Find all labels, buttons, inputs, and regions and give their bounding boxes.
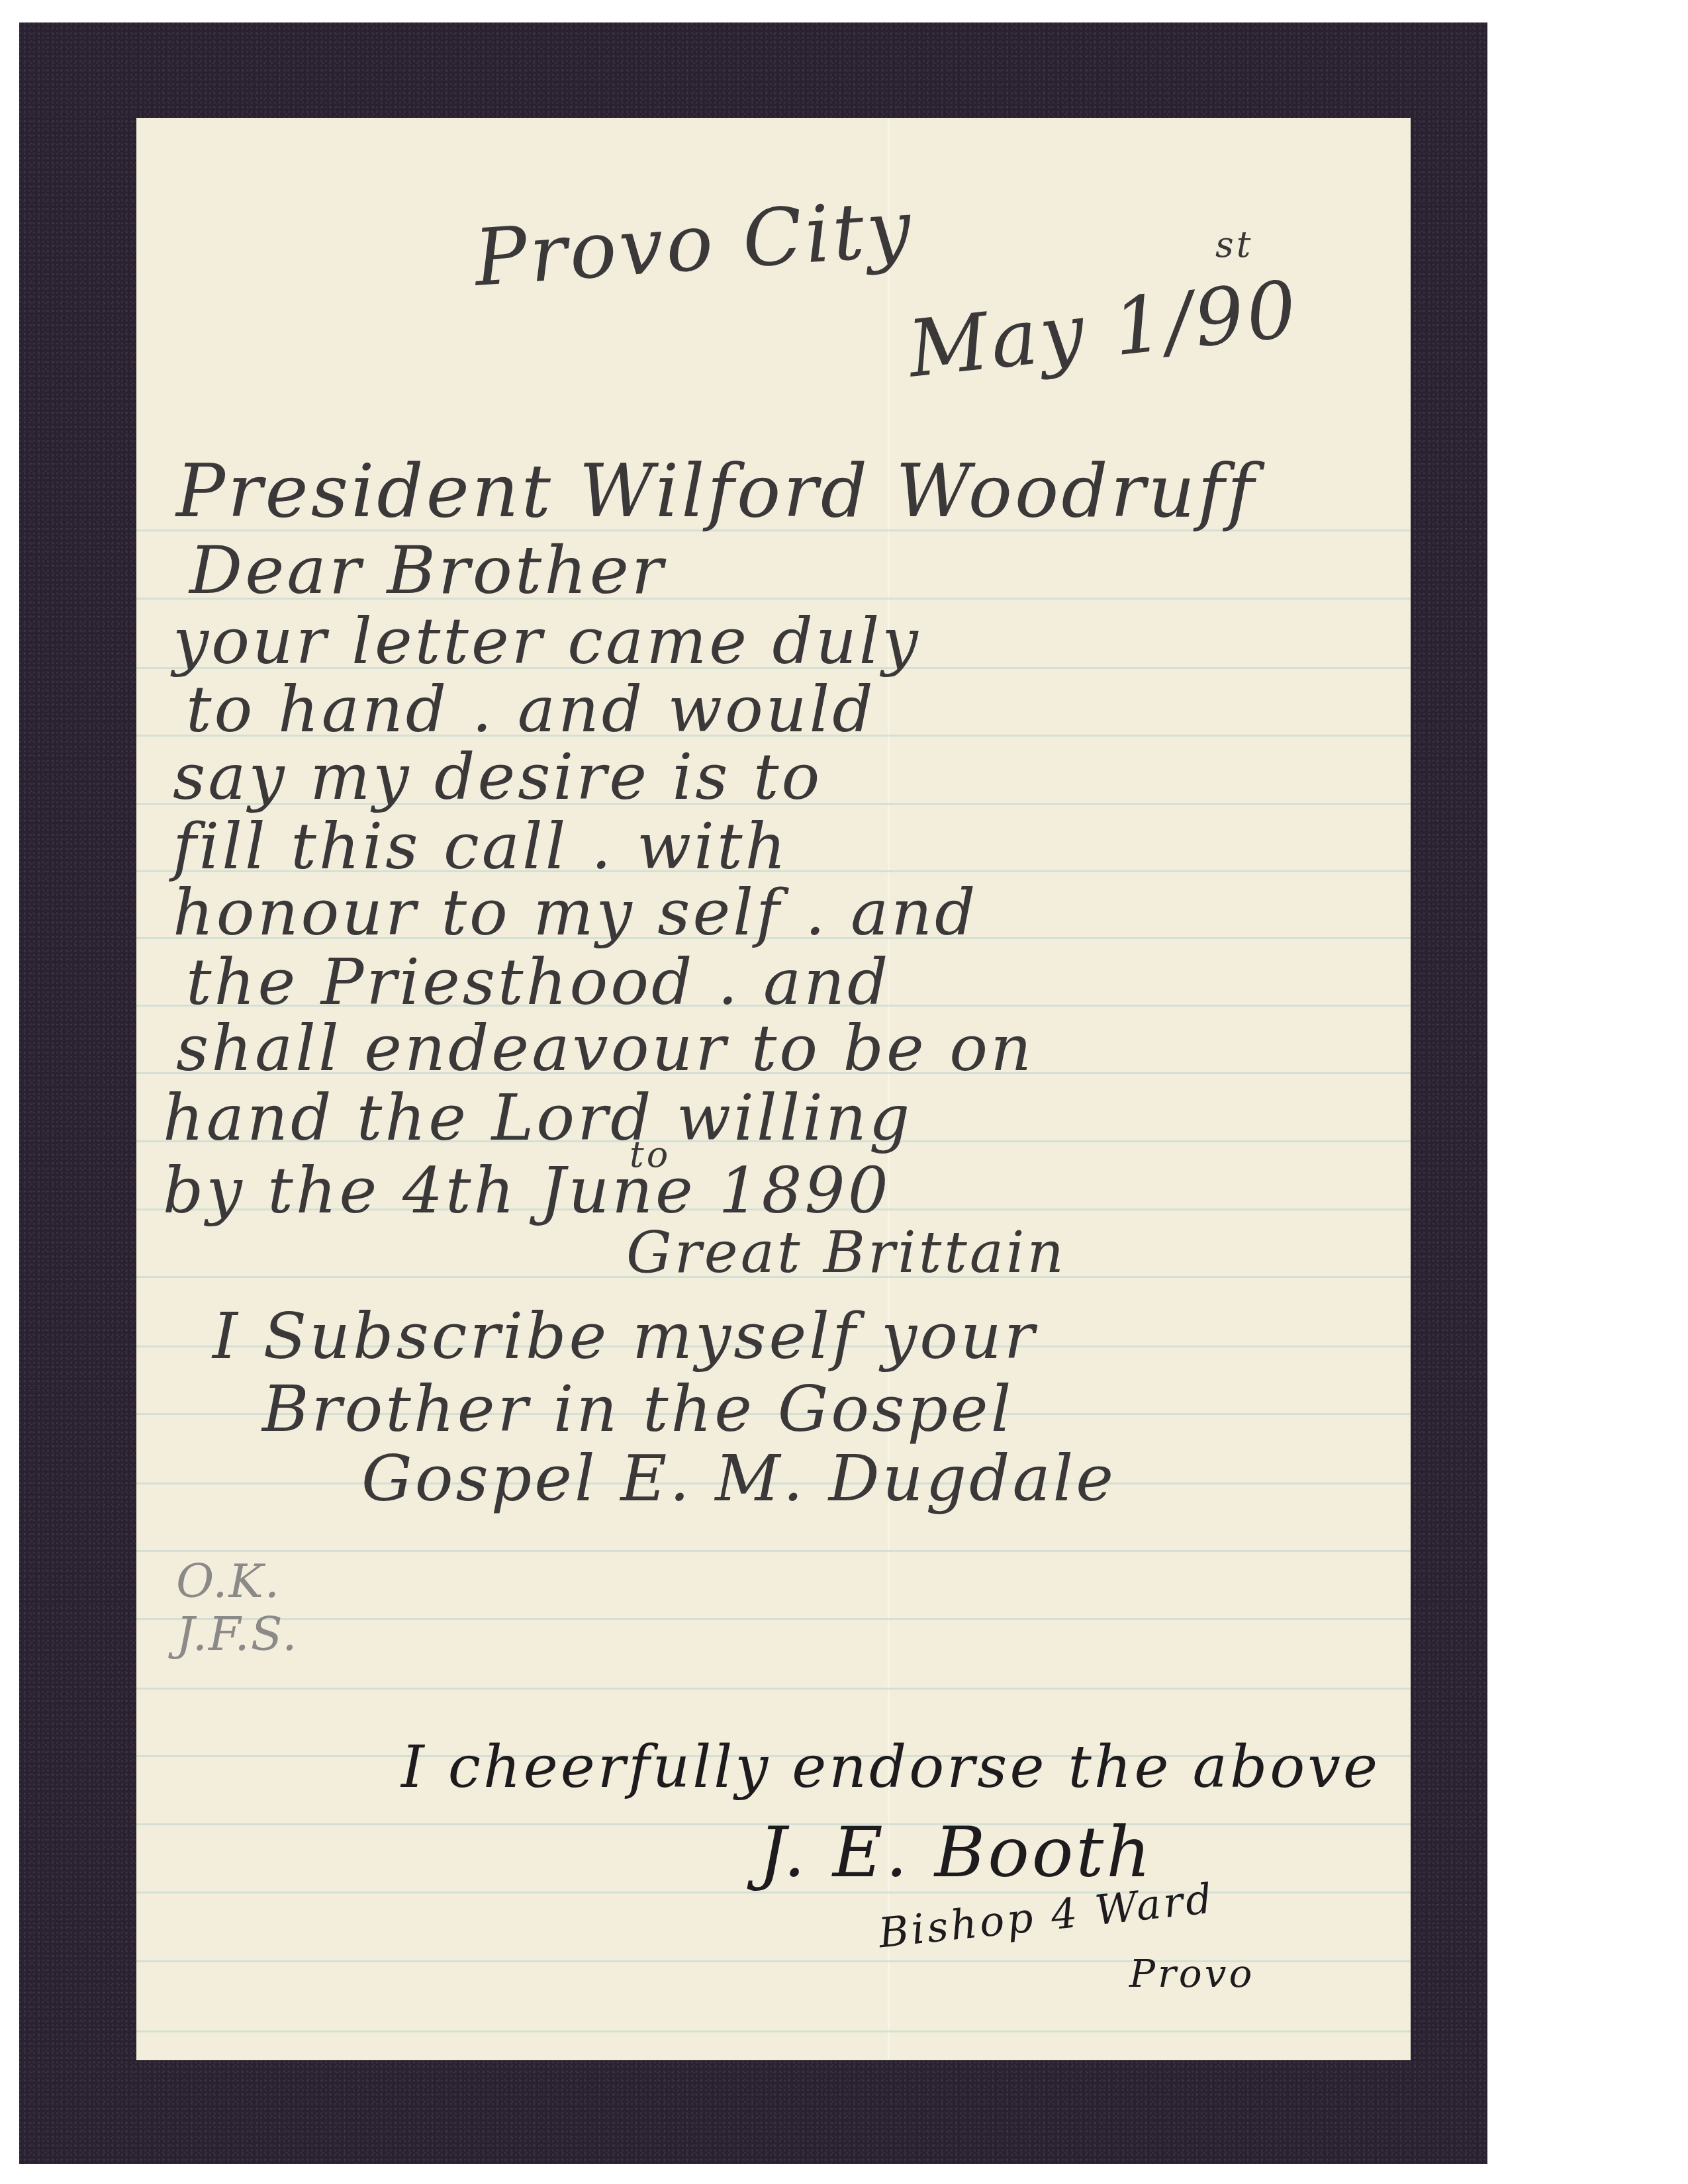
body-line: honour to my self . and [173, 876, 978, 950]
margin-note-ok: O.K. [176, 1554, 281, 1608]
closing-line-1: I Subscribe myself your [212, 1299, 1037, 1373]
ruled-line [136, 1618, 1411, 1620]
body-line: by the 4th June 1890 [163, 1154, 891, 1228]
heading-place: Provo City [471, 182, 916, 304]
body-line: fill this call . with [173, 809, 788, 884]
addressee: President Wilford Woodruff [176, 449, 1257, 533]
destination: Great Brittain [626, 1220, 1066, 1286]
body-line: hand the Lord willing [163, 1081, 912, 1155]
heading-date: May 1/90 [904, 263, 1303, 394]
ruled-line [136, 2030, 1411, 2032]
letter-page: Provo City st May 1/90 President Wilford… [136, 118, 1411, 2060]
closing-signature: Gospel E. M. Dugdale [361, 1441, 1116, 1516]
body-line: to hand . and would [186, 672, 876, 747]
endorsement-signature: J. E. Booth [759, 1812, 1153, 1893]
ruled-line [136, 1550, 1411, 1552]
margin-note-initials: J.F.S. [176, 1607, 299, 1661]
heading-date-year: /90 [1161, 263, 1303, 367]
body-line: shall endeavour to be on [176, 1011, 1034, 1085]
heading-date-suffix: st [1215, 224, 1253, 265]
body-line: your letter came duly [173, 604, 921, 678]
greeting: Dear Brother [189, 531, 666, 609]
ruled-line [136, 1688, 1411, 1690]
body-line: the Priesthood . and [186, 945, 891, 1019]
endorsement-title-2: Provo [1129, 1951, 1254, 1996]
body-line: say my desire is to [173, 740, 822, 814]
heading-date-month-day: May 1 [904, 277, 1170, 395]
closing-line-2: Brother in the Gospel [262, 1372, 1013, 1446]
endorsement-text: I cheerfully endorse the above [401, 1733, 1380, 1801]
